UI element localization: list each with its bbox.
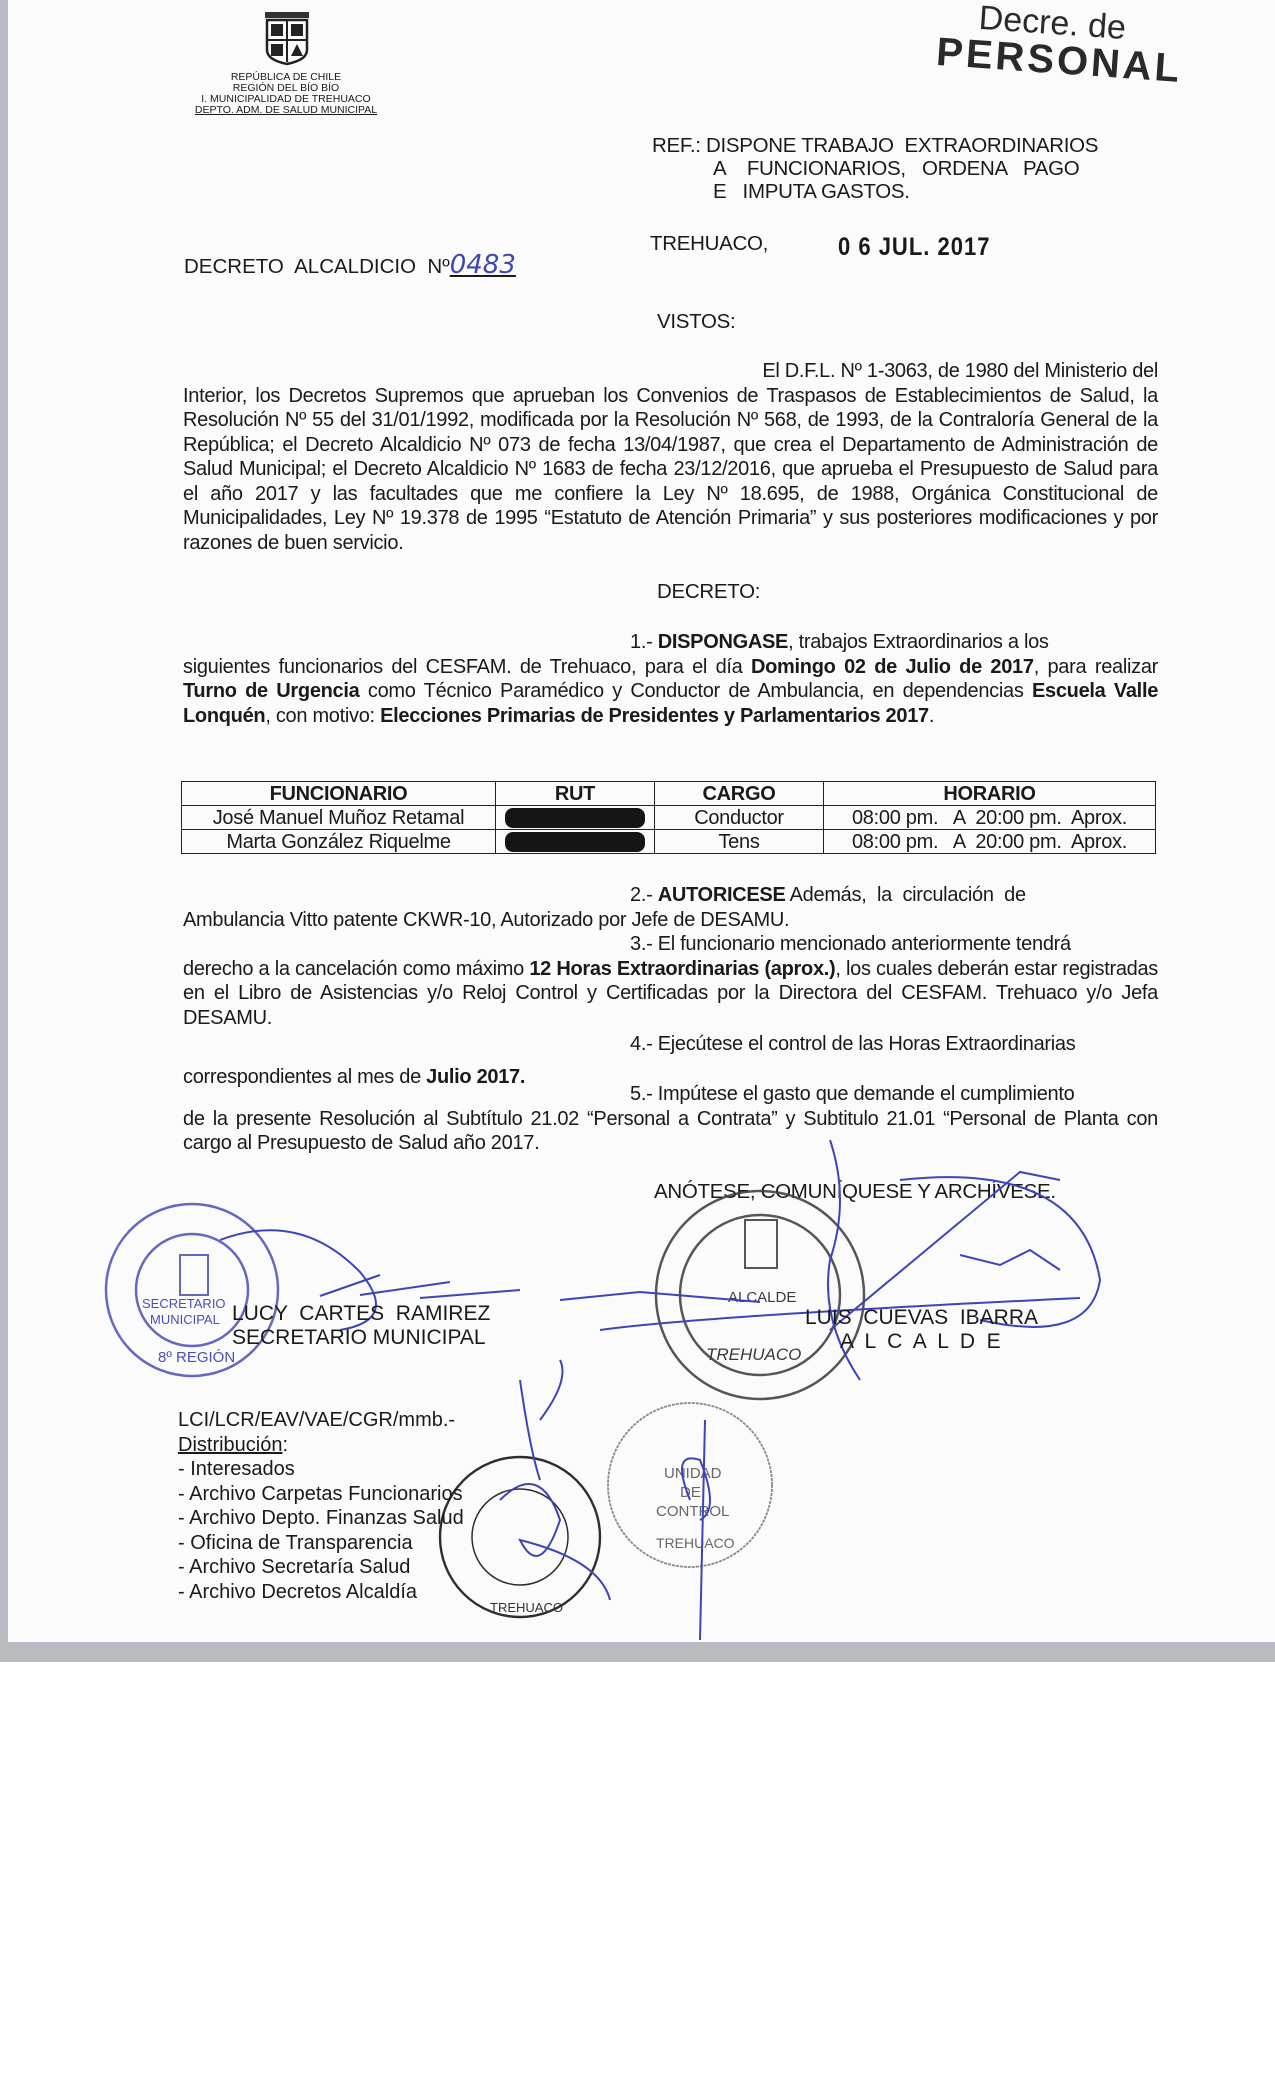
staff-table: FUNCIONARIO RUT CARGO HORARIO José Manue… [181, 781, 1156, 854]
item-2-text: Ambulancia Vitto patente CKWR-10, Autori… [183, 908, 1158, 933]
item-1-lead: , trabajos Extraordinarios a los [788, 631, 1049, 653]
cell-horario: 08:00 pm. A 20:00 pm. Aprox. [824, 806, 1156, 830]
distribution-item: - Archivo Secretaría Salud [178, 1555, 464, 1580]
item-5-text: de la presente Resolución al Subtítulo 2… [183, 1107, 1158, 1156]
city: TREHUACO, [650, 232, 768, 256]
decreto-item-1: 1.- DISPONGASE, trabajos Extraordinarios… [183, 630, 1158, 728]
secretary-name: LUCY CARTES RAMIREZ [232, 1302, 490, 1326]
item-2-verb: AUTORICESE [658, 884, 786, 906]
reference-block: REF.: DISPONE TRABAJO EXTRAORDINARIOS A … [652, 134, 1098, 203]
vistos-body: El D.F.L. Nº 1-3063, de 1980 del Ministe… [183, 359, 1158, 555]
table-row: José Manuel Muñoz RetamalConductor08:00 … [182, 806, 1156, 830]
item-1-text: siguientes funcionarios del CESFAM. de T… [183, 656, 751, 678]
distribution-item: - Archivo Carpetas Funcionarios [178, 1482, 464, 1507]
column-header-horario: HORARIO [824, 782, 1156, 806]
redaction-bar [505, 832, 645, 852]
item-2-number: 2.- [630, 884, 652, 906]
decree-number-handwritten: 0483 [450, 250, 516, 280]
decree-label: DECRETO ALCALDICIO Nº [184, 255, 450, 278]
decreto-item-3: 3.- El funcionario mencionado anteriorme… [183, 932, 1158, 1030]
table-row: Marta González RiquelmeTens08:00 pm. A 2… [182, 830, 1156, 854]
secretary-signature-block: LUCY CARTES RAMIREZ SECRETARIO MUNICIPAL [232, 1302, 490, 1350]
vistos-heading: VISTOS: [657, 310, 735, 334]
item-1-date: Domingo 02 de Julio de 2017 [751, 656, 1034, 678]
distribution-item: - Interesados [178, 1457, 464, 1482]
decreto-heading: DECRETO: [657, 580, 760, 604]
ref-line-3: E IMPUTA GASTOS. [652, 180, 1098, 203]
distribution-heading: Distribución [178, 1434, 282, 1456]
letterhead-department: DEPTO. ADM. DE SALUD MUNICIPAL [176, 105, 396, 117]
column-header-cargo: CARGO [655, 782, 824, 806]
column-header-funcionario: FUNCIONARIO [182, 782, 496, 806]
decreto-item-4: 4.- Ejecútese el control de las Horas Ex… [183, 1032, 1158, 1089]
item-1-number: 1.- [630, 631, 652, 653]
item-4-lead: 4.- Ejecútese el control de las Horas Ex… [183, 1032, 1158, 1057]
item-5-lead: 5.- Impútese el gasto que demande el cum… [183, 1082, 1158, 1107]
cell-rut [496, 830, 655, 854]
item-1-text: . [929, 705, 934, 727]
vistos-text: Interior, los Decretos Supremos que apru… [183, 384, 1158, 556]
cell-funcionario: José Manuel Muñoz Retamal [182, 806, 496, 830]
item-1-text: como Técnico Paramédico y Conductor de A… [359, 680, 1032, 702]
cell-rut [496, 806, 655, 830]
distribution-item: - Archivo Depto. Finanzas Salud [178, 1506, 464, 1531]
date-stamp: 0 6 JUL. 2017 [838, 232, 990, 262]
item-1-reason: Elecciones Primarias de Presidentes y Pa… [380, 705, 929, 727]
item-2-lead: Además, la circulación de [785, 884, 1025, 906]
item-1-text: , con motivo: [265, 705, 380, 727]
ref-line-1: REF.: DISPONE TRABAJO EXTRAORDINARIOS [652, 134, 1098, 157]
coat-of-arms-icon [262, 10, 312, 66]
item-1-verb: DISPONGASE [658, 631, 788, 653]
item-3-text: derecho a la cancelación como máximo [183, 958, 529, 980]
vistos-first-line: El D.F.L. Nº 1-3063, de 1980 del Ministe… [183, 359, 1158, 384]
cell-horario: 08:00 pm. A 20:00 pm. Aprox. [824, 830, 1156, 854]
redaction-bar [505, 808, 645, 828]
distribution-block: LCI/LCR/EAV/VAE/CGR/mmb.- Distribución: … [178, 1408, 464, 1604]
mayor-signature-block: LUIS CUEVAS IBARRA A L C A L D E [805, 1306, 1038, 1354]
decree-number: DECRETO ALCALDICIO Nº0483 [184, 250, 516, 280]
item-3-lead: 3.- El funcionario mencionado anteriorme… [183, 932, 1158, 957]
cell-cargo: Conductor [655, 806, 824, 830]
closing-formula: ANÓTESE, COMUNÍQUESE Y ARCHÍVESE. [654, 1180, 1056, 1204]
distribution-item: - Archivo Decretos Alcaldía [178, 1580, 464, 1605]
distribution-item: - Oficina de Transparencia [178, 1531, 464, 1556]
decreto-item-5: 5.- Impútese el gasto que demande el cum… [183, 1082, 1158, 1156]
cell-cargo: Tens [655, 830, 824, 854]
distribution-list: - Interesados- Archivo Carpetas Funciona… [178, 1457, 464, 1604]
item-1-text: , para realizar [1034, 656, 1158, 678]
table-header-row: FUNCIONARIO RUT CARGO HORARIO [182, 782, 1156, 806]
decreto-item-2: 2.- AUTORICESE Además, la circulación de… [183, 883, 1158, 932]
mayor-name: LUIS CUEVAS IBARRA [805, 1306, 1038, 1330]
item-1-shift: Turno de Urgencia [183, 680, 359, 702]
initials: LCI/LCR/EAV/VAE/CGR/mmb.- [178, 1408, 464, 1433]
ref-line-2: A FUNCIONARIOS, ORDENA PAGO [652, 157, 1098, 180]
cell-funcionario: Marta González Riquelme [182, 830, 496, 854]
item-3-hours: 12 Horas Extraordinarias (aprox.) [529, 958, 835, 980]
mayor-title: A L C A L D E [840, 1330, 1038, 1354]
column-header-rut: RUT [496, 782, 655, 806]
secretary-title: SECRETARIO MUNICIPAL [232, 1326, 490, 1350]
